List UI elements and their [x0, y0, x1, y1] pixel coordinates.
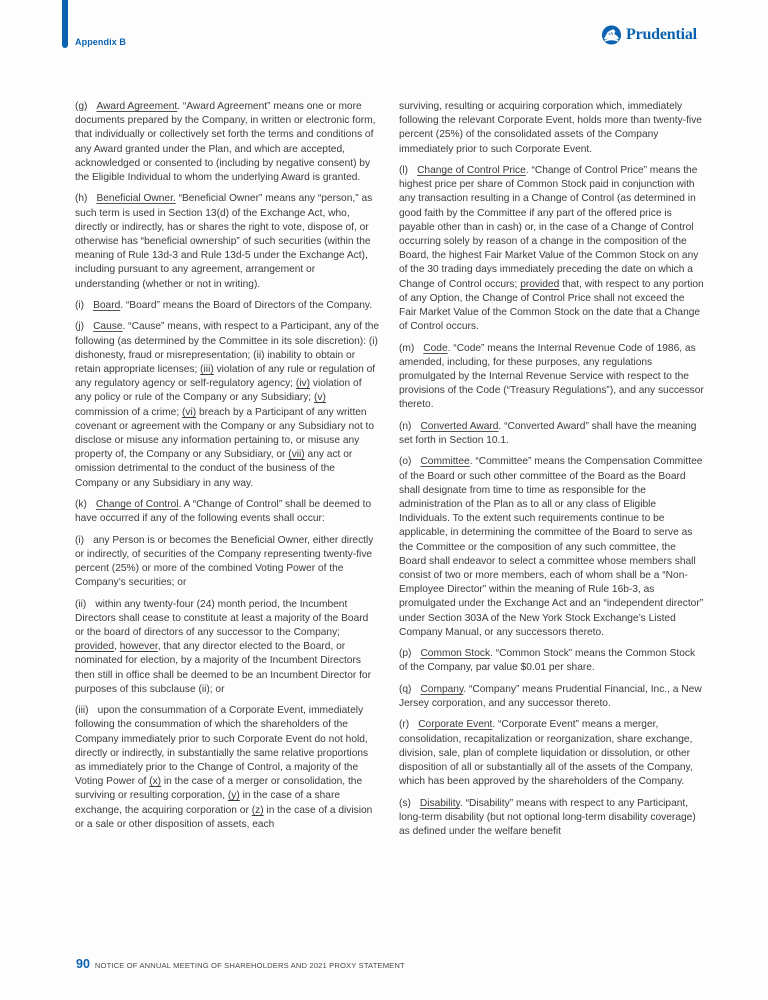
defined-term: Change of Control Price: [417, 165, 526, 176]
definition-disability: (s)Disability. “Disability” means with r…: [399, 797, 704, 840]
definition-converted-award: (n)Converted Award. “Converted Award” sh…: [399, 420, 704, 448]
definition-company: (q)Company. “Company” means Prudential F…: [399, 683, 704, 711]
brand-logo: Prudential: [601, 24, 697, 46]
subclause-ii: (ii)within any twenty-four (24) month pe…: [75, 598, 380, 697]
rock-of-gibraltar-icon: [601, 24, 622, 46]
definition-committee: (o)Committee. “Committee” means the Comp…: [399, 455, 704, 640]
defined-term: Disability: [420, 798, 460, 809]
definition-common-stock: (p)Common Stock. “Common Stock” means th…: [399, 647, 704, 675]
left-column: (g)Award Agreement. “Award Agreement” me…: [75, 100, 380, 839]
definition-change-of-control-price: (l)Change of Control Price. “Change of C…: [399, 164, 704, 334]
definition-board: (i)Board. “Board” means the Board of Dir…: [75, 299, 380, 313]
right-column: surviving, resulting or acquiring corpor…: [399, 100, 704, 846]
definition-change-of-control: (k)Change of Control. A “Change of Contr…: [75, 498, 380, 526]
section-label: Appendix B: [75, 37, 126, 47]
definition-code: (m)Code. “Code” means the Internal Reven…: [399, 342, 704, 413]
definition-corporate-event: (r)Corporate Event. “Corporate Event” me…: [399, 718, 704, 789]
definition-award-agreement: (g)Award Agreement. “Award Agreement” me…: [75, 100, 380, 185]
defined-term: Common Stock: [420, 648, 490, 659]
page-footer: 90 NOTICE OF ANNUAL MEETING OF SHAREHOLD…: [76, 957, 405, 971]
defined-term: Code: [423, 343, 447, 354]
subclause-iii: (iii)upon the consummation of a Corporat…: [75, 704, 380, 832]
defined-term: Board: [93, 300, 120, 311]
defined-term: Committee: [420, 456, 469, 467]
subclause-iii-continued: surviving, resulting or acquiring corpor…: [399, 100, 704, 157]
footer-title: NOTICE OF ANNUAL MEETING OF SHAREHOLDERS…: [95, 961, 405, 970]
subclause-i: (i)any Person is or becomes the Benefici…: [75, 534, 380, 591]
defined-term: Corporate Event: [418, 719, 492, 730]
definition-beneficial-owner: (h)Beneficial Owner. “Beneficial Owner” …: [75, 192, 380, 291]
defined-term: Company: [420, 684, 463, 695]
page-number: 90: [76, 957, 90, 971]
defined-term: Award Agreement: [96, 101, 177, 112]
brand-name: Prudential: [626, 26, 697, 44]
defined-term: Cause: [93, 321, 122, 332]
defined-term: Change of Control: [96, 499, 179, 510]
defined-term: Beneficial Owner.: [96, 193, 175, 204]
section-accent-bar: [62, 0, 68, 48]
definition-cause: (j)Cause. “Cause” means, with respect to…: [75, 320, 380, 490]
defined-term: Converted Award: [420, 421, 498, 432]
